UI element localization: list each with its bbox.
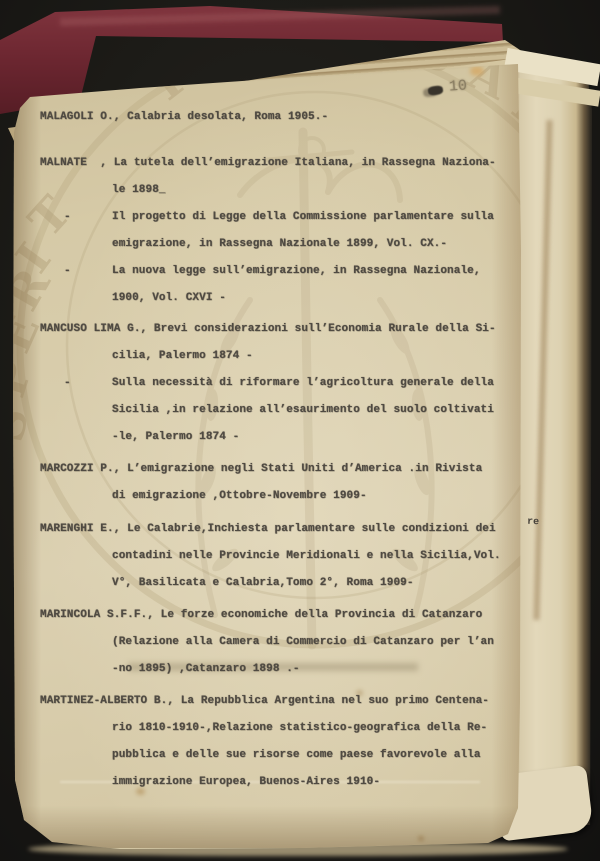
bib-line-text: rio 1810-1910-,Relazione statistico-geog… [112, 715, 487, 742]
bib-line-text: di emigrazione ,Ottobre-Novembre 1909- [112, 483, 367, 510]
bib-line-text: le 1898_ [112, 177, 166, 204]
bib-line: -La nuova legge sull’emigrazione, in Ras… [0, 258, 540, 285]
page-bottom-shadow [16, 806, 521, 848]
bib-line: contadini nelle Provincie Meridionali e … [0, 543, 540, 570]
bib-line: 1900, Vol. CXVI - [0, 285, 540, 312]
bibliography: MALAGOLI O., Calabria desolata, Roma 190… [0, 104, 540, 796]
bib-entry: -La nuova legge sull’emigrazione, in Ras… [0, 258, 540, 312]
bib-line: -Sulla necessità di riformare l’agricolt… [0, 370, 540, 397]
bib-entry: MARCOZZI P., L’emigrazione negli Stati U… [0, 456, 540, 510]
bib-line: di emigrazione ,Ottobre-Novembre 1909- [0, 483, 540, 510]
bib-line-text: (Relazione alla Camera di Commercio di C… [112, 629, 494, 656]
bib-entry: MALNATE , La tutela dell’emigrazione Ita… [0, 150, 540, 204]
paper-stain [418, 836, 424, 841]
bib-line-text: MARENGHI E., Le Calabrie,Inchiesta parla… [40, 516, 496, 543]
bib-line: pubblica e delle sue risorse come paese … [0, 742, 540, 769]
bib-line: -Il progetto di Legge della Commissione … [0, 204, 540, 231]
bib-line-text: Il progetto di Legge della Commissione p… [112, 204, 494, 231]
bib-line: V°, Basilicata e Calabria,Tomo 2°, Roma … [0, 570, 540, 597]
bib-line: emigrazione, in Rassegna Nazionale 1899,… [0, 231, 540, 258]
bib-line: MARCOZZI P., L’emigrazione negli Stati U… [0, 456, 540, 483]
ditto-dash: - [64, 370, 71, 397]
bib-line-text: 1900, Vol. CXVI - [112, 285, 226, 312]
bib-line-text: MARINCOLA S.F.F., Le forze economiche de… [40, 602, 482, 629]
bib-line-text: immigrazione Europea, Buenos-Aires 1910- [112, 769, 380, 796]
bib-line-text: -le, Palermo 1874 - [112, 424, 239, 451]
bib-line: -no 1895) ,Catanzaro 1898 .- [0, 656, 540, 683]
bib-line: immigrazione Europea, Buenos-Aires 1910- [0, 769, 540, 796]
ditto-dash: - [64, 258, 71, 285]
bib-line-text: La nuova legge sull’emigrazione, in Rass… [112, 258, 481, 285]
scanned-book-photo: re [0, 0, 600, 861]
bib-entry: MALAGOLI O., Calabria desolata, Roma 190… [0, 104, 540, 131]
bib-entry: -Sulla necessità di riformare l’agricolt… [0, 370, 540, 451]
bib-line: MARENGHI E., Le Calabrie,Inchiesta parla… [0, 516, 540, 543]
bib-line: MALNATE , La tutela dell’emigrazione Ita… [0, 150, 540, 177]
bib-line-text: MALAGOLI O., Calabria desolata, Roma 190… [40, 104, 328, 131]
bib-line-text: Sicilia ,in relazione all’esaurimento de… [112, 397, 494, 424]
bib-line-text: -no 1895) ,Catanzaro 1898 .- [112, 656, 300, 683]
bib-line: MARINCOLA S.F.F., Le forze economiche de… [0, 602, 540, 629]
document-page: PVBLICAETIREPS /// 10 MALAGOLI O., Calab… [0, 0, 600, 861]
bib-line: MANCUSO LIMA G., Brevi considerazioni su… [0, 316, 540, 343]
bib-line-text: MANCUSO LIMA G., Brevi considerazioni su… [40, 316, 496, 343]
bib-line-text: V°, Basilicata e Calabria,Tomo 2°, Roma … [112, 570, 414, 597]
bib-line: -le, Palermo 1874 - [0, 424, 540, 451]
bib-entry: -Il progetto di Legge della Commissione … [0, 204, 540, 258]
ditto-dash: - [64, 204, 71, 231]
bib-line-text: cilia, Palermo 1874 - [112, 343, 253, 370]
bib-line: MARTINEZ-ALBERTO B., La Repubblica Argen… [0, 688, 540, 715]
bib-line: MALAGOLI O., Calabria desolata, Roma 190… [0, 104, 540, 131]
bib-line: Sicilia ,in relazione all’esaurimento de… [0, 397, 540, 424]
bib-line-text: pubblica e delle sue risorse come paese … [112, 742, 481, 769]
paper-stain [470, 66, 484, 76]
bib-line-text: Sulla necessità di riformare l’agricoltu… [112, 370, 494, 397]
bib-line-text: emigrazione, in Rassegna Nazionale 1899,… [112, 231, 447, 258]
page-behind-fragment: re [527, 517, 539, 528]
bib-entry: MARENGHI E., Le Calabrie,Inchiesta parla… [0, 516, 540, 597]
bib-line: rio 1810-1910-,Relazione statistico-geog… [0, 715, 540, 742]
bib-line: cilia, Palermo 1874 - [0, 343, 540, 370]
page-number: 10 [448, 77, 467, 95]
bib-line: (Relazione alla Camera di Commercio di C… [0, 629, 540, 656]
stamp-letter: P [142, 47, 203, 111]
bib-line-text: MALNATE , La tutela dell’emigrazione Ita… [40, 150, 496, 177]
bib-line: le 1898_ [0, 177, 540, 204]
bib-entry: MARINCOLA S.F.F., Le forze economiche de… [0, 602, 540, 683]
bib-line-text: contadini nelle Provincie Meridionali e … [112, 543, 501, 570]
bib-entry: MARTINEZ-ALBERTO B., La Repubblica Argen… [0, 688, 540, 796]
bib-entry: MANCUSO LIMA G., Brevi considerazioni su… [0, 316, 540, 370]
bib-line-text: MARCOZZI P., L’emigrazione negli Stati U… [40, 456, 482, 483]
bib-line-text: MARTINEZ-ALBERTO B., La Repubblica Argen… [40, 688, 489, 715]
